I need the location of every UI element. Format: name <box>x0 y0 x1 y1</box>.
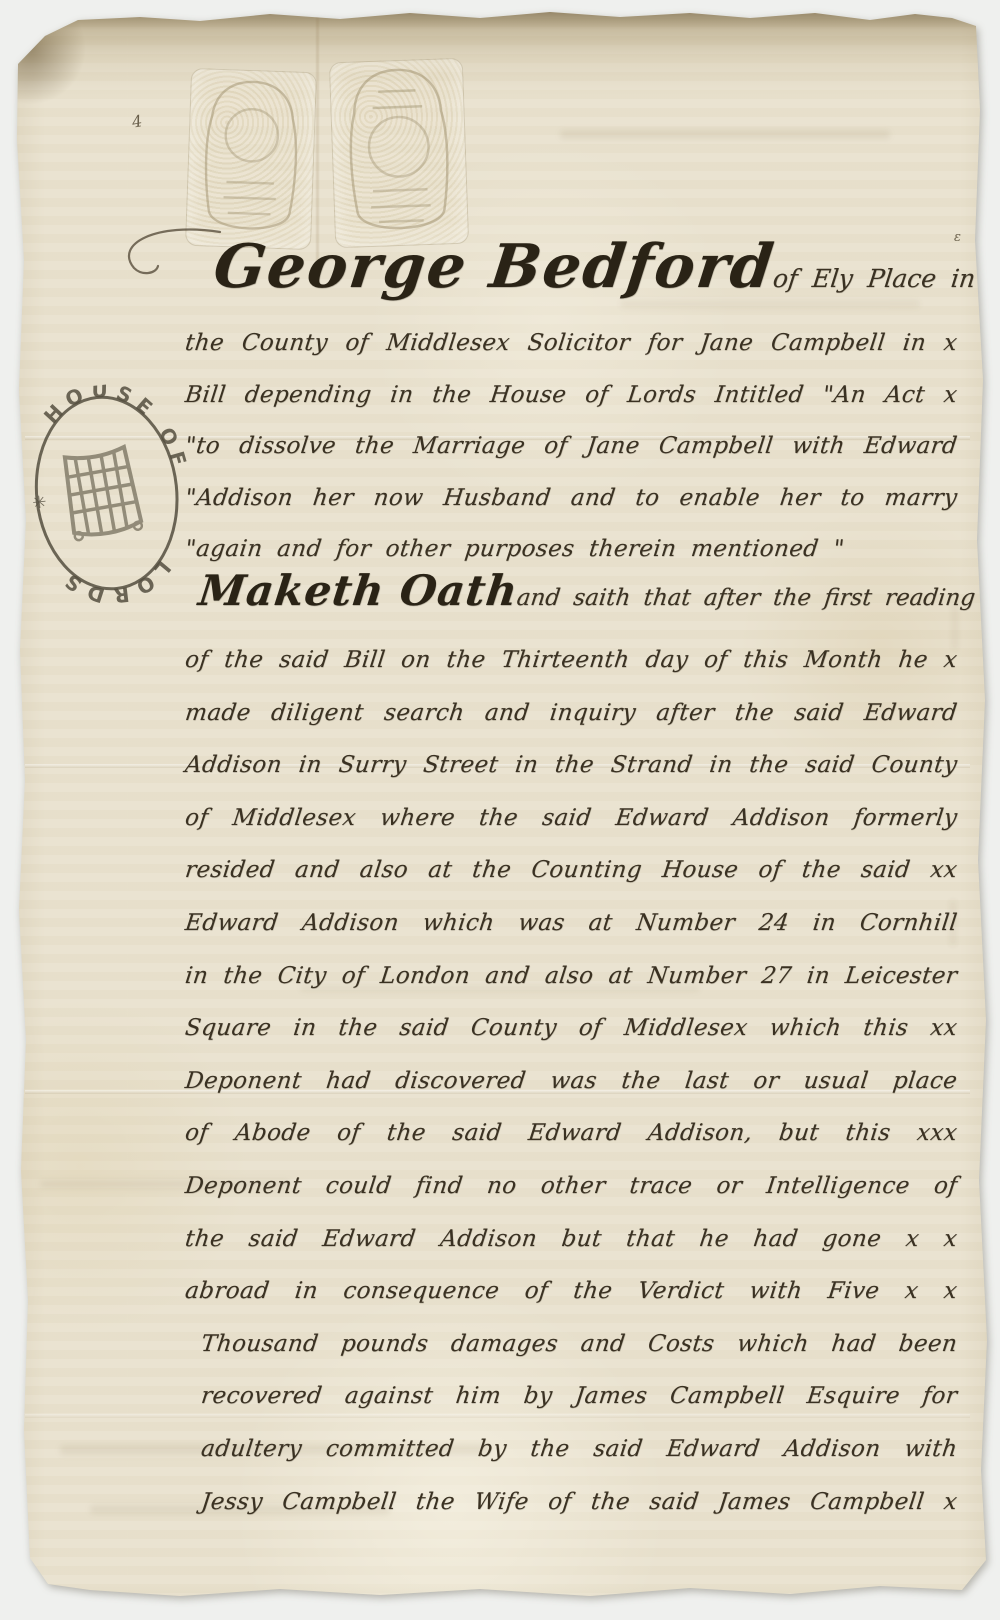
document-line: Edward Addison which was at Number 24 in… <box>182 897 960 950</box>
document-line: Deponent had discovered was the last or … <box>182 1055 960 1108</box>
document-line: resided and also at the Counting House o… <box>182 844 960 897</box>
document-line: of Abode of the said Edward Addison, but… <box>182 1107 960 1160</box>
stamp-text-top: HOUSE OF <box>36 377 194 488</box>
document-line: of the said Bill on the Thirteenth day o… <box>182 634 960 687</box>
body-paragraph: of the said Bill on the Thirteenth day o… <box>182 634 954 1528</box>
document-page: 4 ε HOUSE OF LORDS ✳ <box>0 0 1000 1620</box>
svg-text:HOUSE OF: HOUSE OF <box>36 377 194 488</box>
opening-paragraph: the County of Middlesex Solicitor for Ja… <box>182 318 954 576</box>
document-line: the County of Middlesex Solicitor for Ja… <box>182 318 960 370</box>
document-line: Bill depending in the House of Lords Int… <box>182 370 960 422</box>
document-line: made diligent search and inquiry after t… <box>182 687 960 740</box>
document-line: Deponent could find no other trace or In… <box>182 1160 960 1213</box>
house-of-lords-stamp: HOUSE OF LORDS ✳ <box>13 377 201 615</box>
document-line: Square in the said County of Middlesex w… <box>182 1002 960 1055</box>
document-line: abroad in consequence of the Verdict wit… <box>182 1265 960 1318</box>
embossed-seal-right <box>329 58 469 249</box>
document-line: of Middlesex where the said Edward Addis… <box>182 792 960 845</box>
document-line: recovered against him by James Campbell … <box>182 1370 960 1423</box>
show-through-smudge <box>560 130 890 139</box>
document-line: the said Edward Addison but that he had … <box>182 1213 960 1266</box>
deponent-name: George Bedford <box>182 232 779 302</box>
document-line: "Addison her now Husband and to enable h… <box>182 473 960 525</box>
document-line: adultery committed by the said Edward Ad… <box>182 1423 960 1476</box>
stamp-side-mark: ✳ <box>31 492 47 513</box>
oath-continuation: and saith that after the first reading <box>515 585 976 611</box>
embossed-seal-icon <box>329 58 469 249</box>
portcullis-crest-icon <box>61 446 143 541</box>
oath-heading: Maketh Oath and saith that after the fir… <box>182 566 960 615</box>
svg-text:LORDS: LORDS <box>53 554 179 614</box>
document-line: "to dissolve the Marriage of Jane Campbe… <box>182 421 960 473</box>
document-line: Addison in Surry Street in the Strand in… <box>182 739 960 792</box>
heading-continuation: of Ely Place in x <box>771 264 1000 293</box>
oath-lead-words: Maketh Oath <box>182 566 521 615</box>
stamp-text-bottom: LORDS <box>53 554 179 614</box>
vertical-crease <box>316 16 319 266</box>
document-line: Thousand pounds damages and Costs which … <box>182 1318 960 1371</box>
document-heading: George Bedford of Ely Place in x <box>182 232 963 302</box>
document-line: in the City of London and also at Number… <box>182 950 960 1003</box>
document-line: Jessy Campbell the Wife of the said Jame… <box>182 1476 960 1529</box>
aged-paper-sheet: 4 ε HOUSE OF LORDS ✳ <box>0 0 1000 1620</box>
corner-ink-mark: 4 <box>130 111 143 131</box>
